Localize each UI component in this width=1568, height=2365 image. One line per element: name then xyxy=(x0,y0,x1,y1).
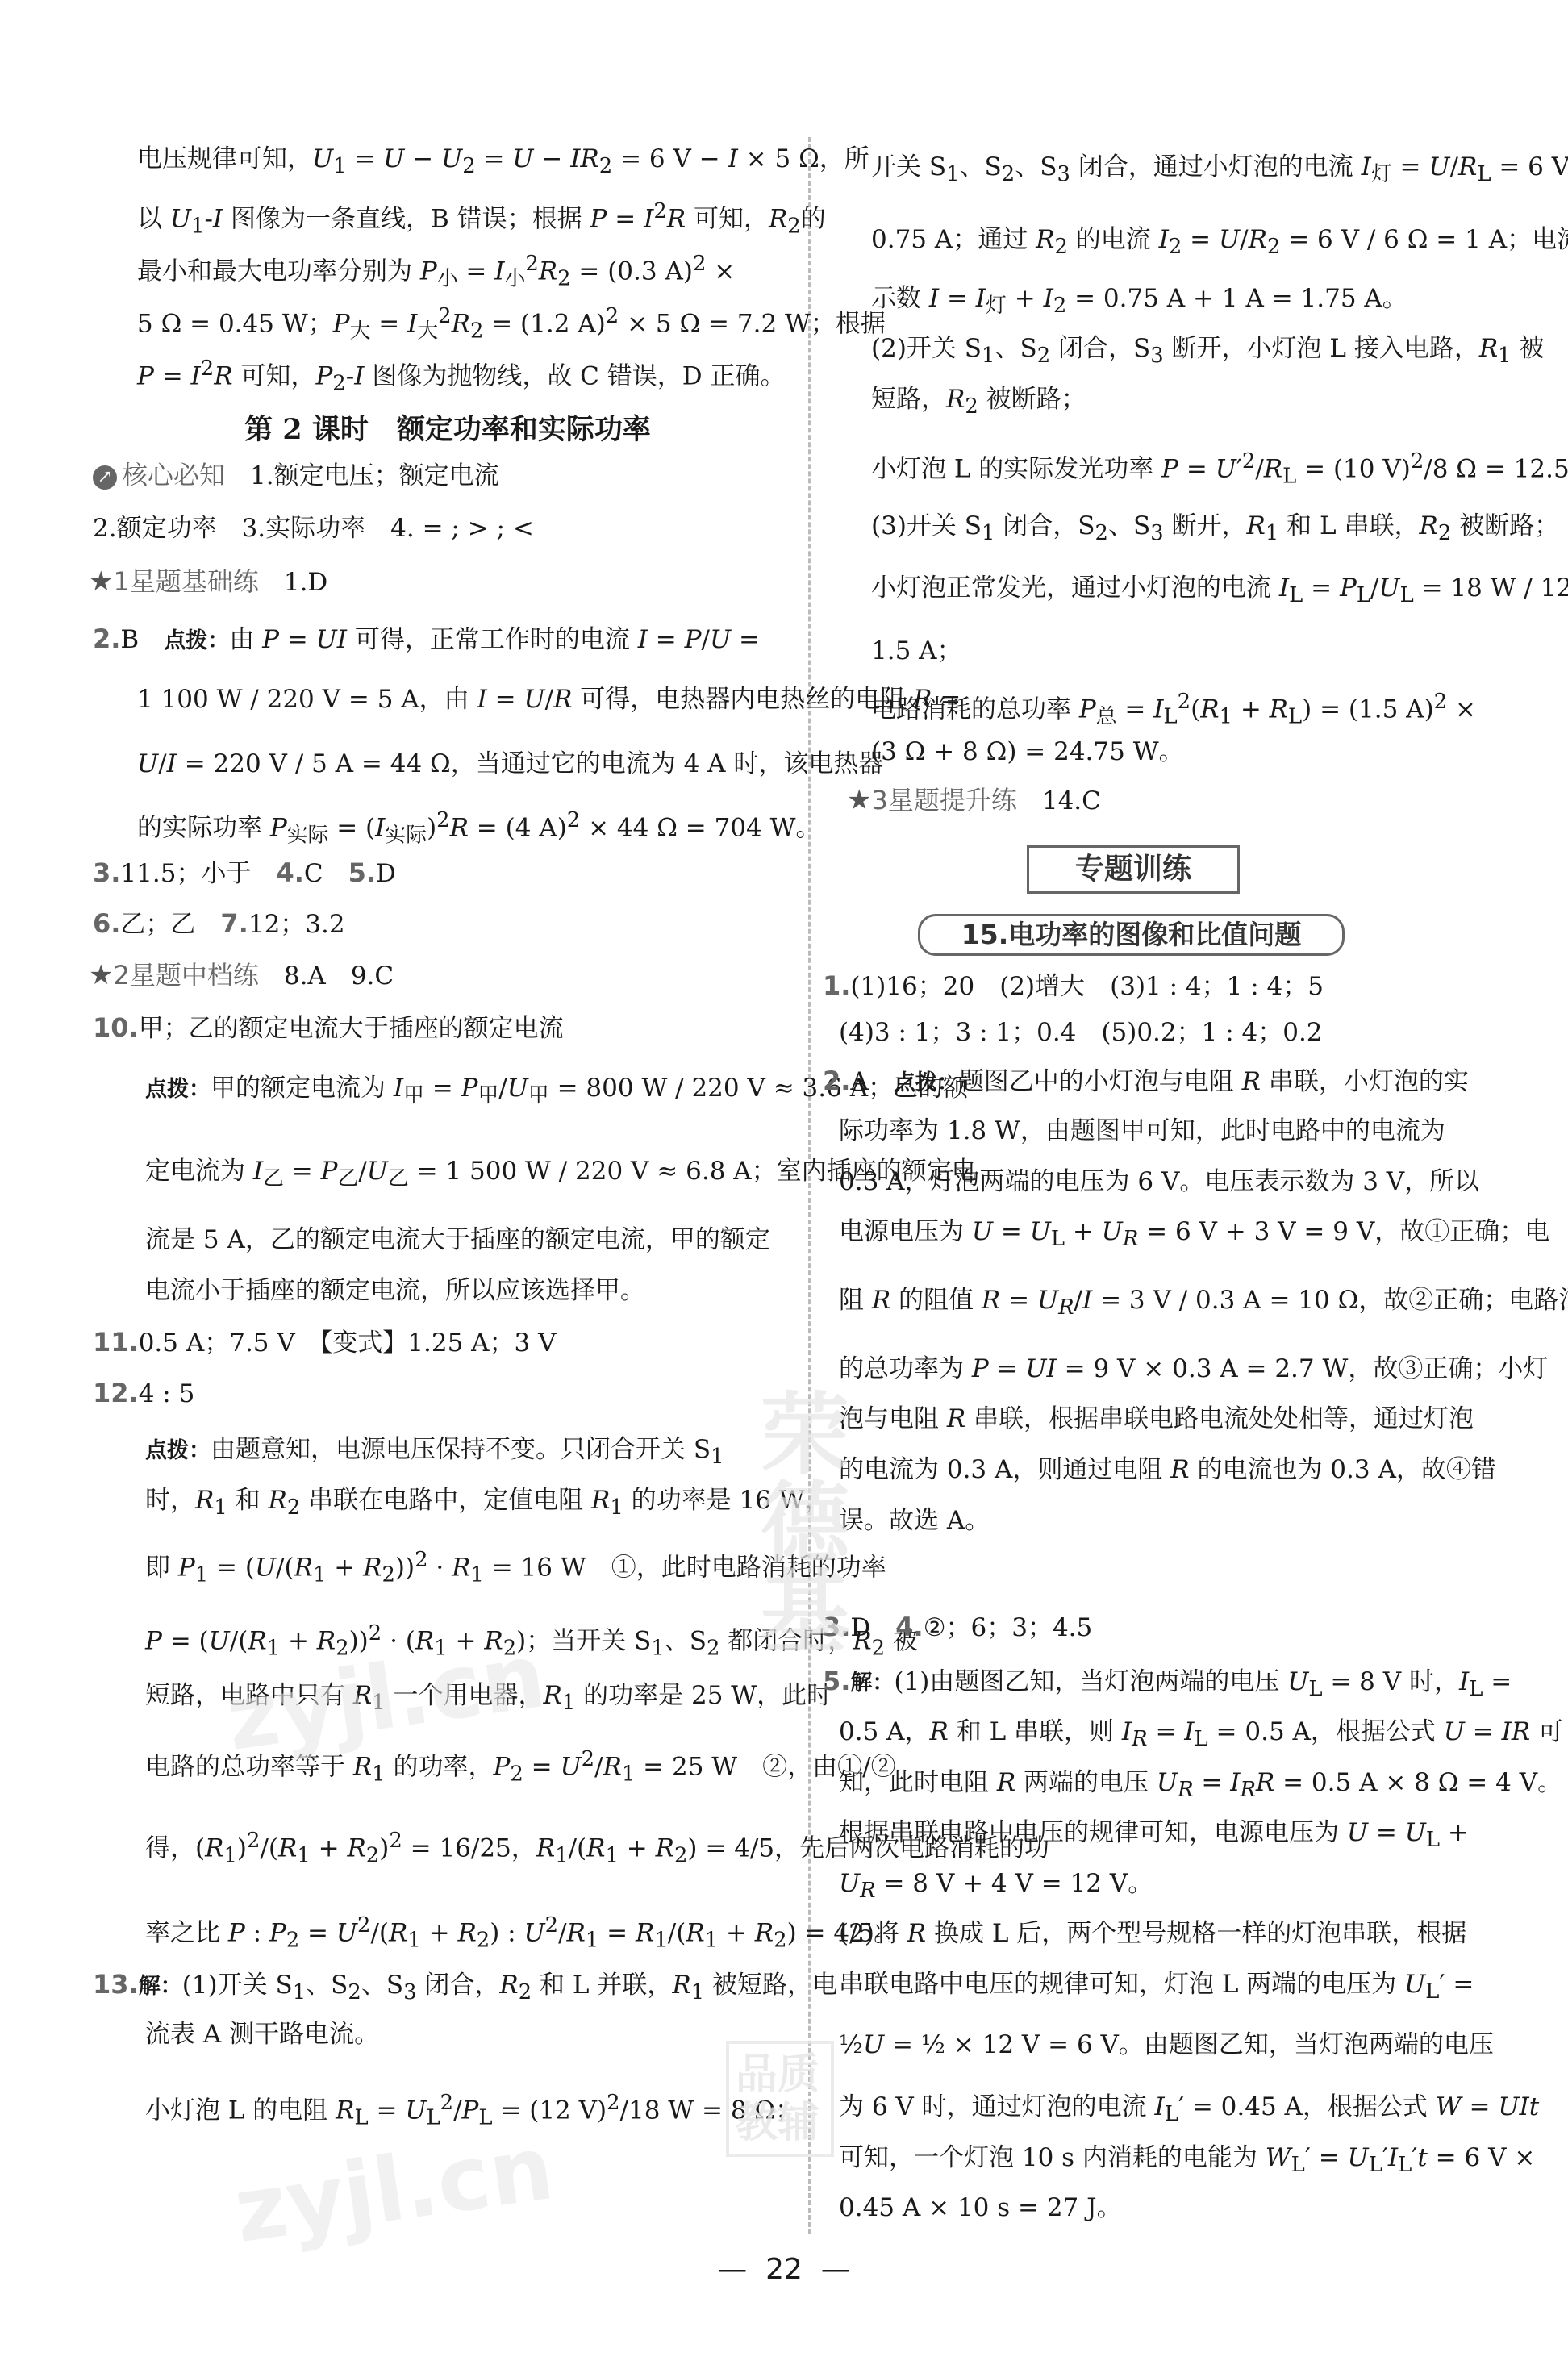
q13-line: 流表 A 测干路电流。 xyxy=(145,2021,379,2048)
section-star3: ★3星题提升练 14.C xyxy=(847,786,1101,815)
text-line: 示数 I = I灯 + I2 = 0.75 A + 1 A = 1.75 A。 xyxy=(871,285,1407,319)
topic-line: 0.3 A，灯泡两端的电压为 6 V。电压表示数为 3 V，所以 xyxy=(839,1168,1479,1195)
topic-line: (2)将 R 换成 L 后，两个型号规格一样的灯泡串联，根据 xyxy=(839,1920,1466,1947)
text-line: 0.75 A；通过 R2 的电流 I2 = U/R2 = 6 V / 6 Ω =… xyxy=(871,226,1568,261)
text-line: (2)开关 S1、S2 闭合，S3 断开，小灯泡 L 接入电路，R1 被 xyxy=(871,335,1544,369)
topic-line: 串联电路中电压的规律可知，灯泡 L 两端的电压为 UL′ = xyxy=(839,1971,1474,2005)
q2-line: 1 100 W / 220 V = 5 A，由 I = U/R 可得，电热器内电… xyxy=(137,686,961,713)
page-number: — 22 — xyxy=(0,2253,1568,2286)
topic-line: 2.A 点拨：题图乙中的小灯泡与电阻 R 串联，小灯泡的实 xyxy=(823,1067,1469,1097)
topic-line: 知，此时电阻 R 两端的电压 UR = IRR = 0.5 A × 8 Ω = … xyxy=(839,1769,1562,1804)
section-star1: ★1星题基础练 1.D xyxy=(89,568,327,596)
arrow-circle-icon: ↗ xyxy=(93,465,117,490)
topic-line: 阻 R 的阻值 R = UR/I = 3 V / 0.3 A = 10 Ω，故②… xyxy=(839,1287,1568,1321)
q10-answer: 10.甲；乙的额定电流大于插座的额定电流 xyxy=(93,1014,564,1042)
text-line: 开关 S1、S2、S3 闭合，通过小灯泡的电流 I灯 = U/RL = 6 V … xyxy=(871,153,1568,188)
topic-line: 3.D 4.②；6；3；4.5 xyxy=(823,1613,1092,1641)
q2-line: U/I = 220 V / 5 A = 44 Ω，当通过它的电流为 4 A 时，… xyxy=(137,750,883,778)
star-icon: ★ xyxy=(89,959,113,991)
topic-line: 5.解：(1)由题图乙知，当灯泡两端的电压 UL = 8 V 时，IL = xyxy=(823,1667,1512,1703)
topic-line: 0.5 A，R 和 L 串联，则 IR = IL = 0.5 A，根据公式 U … xyxy=(839,1718,1563,1753)
text-line: 小灯泡 L 的实际发光功率 P = U′2/RL = (10 V)2/8 Ω =… xyxy=(871,448,1568,490)
q11-answer: 11.0.5 A；7.5 V 【变式】1.25 A；3 V xyxy=(93,1328,557,1357)
topic-line: 1.(1)16；20 (2)增大 (3)1 : 4；1 : 4；5 xyxy=(823,972,1324,1000)
star-icon: ★ xyxy=(847,784,871,816)
text-line: 电压规律可知，U1 = U − U2 = U − IR2 = 6 V − I ×… xyxy=(137,145,869,180)
q13-line: 13.解：(1)开关 S1、S2、S3 闭合，R2 和 L 并联，R1 被短路，… xyxy=(93,1971,837,2006)
text-line: 短路，R2 被断路； xyxy=(871,386,1086,420)
topic-line: (4)3 : 1；3 : 1；0.4 (5)0.2；1 : 4；0.2 xyxy=(839,1019,1323,1046)
q2-line: 2.B 点拨：由 P = UI 可得，正常工作时的电流 I = P/U = xyxy=(93,625,760,655)
special-training-box: 专题训练 xyxy=(1027,845,1240,894)
section-label: 核心必知 xyxy=(122,460,225,490)
topic-line: 的电流为 0.3 A，则通过电阻 R 的电流也为 0.3 A，故④错 xyxy=(839,1456,1496,1483)
q12-answer: 12.4 : 5 xyxy=(93,1379,194,1408)
q12-line: 点拨：由题意知，电源电压保持不变。只闭合开关 S1 xyxy=(145,1436,724,1470)
text-line: P = I2R 可知，P2-I 图像为抛物线，故 C 错误，D 正确。 xyxy=(137,355,785,398)
topic-line: ½U = ½ × 12 V = 6 V。由题图乙知，当灯泡两端的电压 xyxy=(839,2031,1494,2058)
topic-line: 泡与电阻 R 串联，根据串联电路电流处处相等，通过灯泡 xyxy=(839,1405,1474,1433)
section-answers: 1.额定电压；额定电流 xyxy=(250,461,499,490)
q10-line: 电流小于插座的额定电流，所以应该选择甲。 xyxy=(145,1277,645,1304)
text-line: 小灯泡正常发光，通过小灯泡的电流 IL = PL/UL = 18 W / 12 … xyxy=(871,574,1568,609)
answers-3-5: 3.11.5；小于 4.C 5.D xyxy=(93,859,396,887)
text-line: (3)开关 S1 闭合，S2、S3 断开，R1 和 L 串联，R2 被断路； xyxy=(871,512,1559,547)
text-line: 以 U1-I 图像为一条直线，B 错误；根据 P = I2R 可知，R2的 xyxy=(137,198,826,240)
page-number-value: 22 xyxy=(765,2253,803,2286)
text-line: 电路消耗的总功率 P总 = IL2(R1 + RL) = (1.5 A)2 × xyxy=(871,688,1476,731)
q12-line: 率之比 P : P2 = U2/(R1 + R2) : U2/R1 = R1/(… xyxy=(145,1912,899,1954)
topic-line: 为 6 V 时，通过灯泡的电流 IL′ = 0.45 A，根据公式 W = UI… xyxy=(839,2093,1539,2128)
q2-line: 的实际功率 P实际 = (I实际)2R = (4 A)2 × 44 Ω = 70… xyxy=(137,807,821,849)
text-line: 1.5 A； xyxy=(871,637,962,665)
watermark-text: zyjl.cn xyxy=(228,2116,559,2263)
star-icon: ★ xyxy=(89,565,113,598)
core-answers: 2.额定功率 3.实际功率 4. = ; > ; < xyxy=(93,515,534,542)
answers-6-7: 6.乙；乙 7.12；3.2 xyxy=(93,910,345,938)
topic-line: 根据串联电路中电压的规律可知，电源电压为 U = UL + xyxy=(839,1819,1469,1854)
topic-line: 电源电压为 U = UL + UR = 6 V + 3 V = 9 V，故①正确… xyxy=(839,1218,1549,1253)
text-line: 5 Ω = 0.45 W；P大 = I大2R2 = (1.2 A)2 × 5 Ω… xyxy=(137,302,886,345)
q10-line: 流是 5 A，乙的额定电流大于插座的额定电流，甲的额定 xyxy=(145,1226,770,1253)
topic-title: 15.电功率的图像和比值问题 xyxy=(918,914,1345,956)
topic-line: 可知，一个灯泡 10 s 内消耗的电能为 WL′ = UL′IL′t = 6 V… xyxy=(839,2144,1535,2179)
section-core-knowledge: ↗核心必知 1.额定电压；额定电流 xyxy=(93,461,499,490)
topic-line: 的总功率为 P = UI = 9 V × 0.3 A = 2.7 W，故③正确；… xyxy=(839,1355,1548,1383)
text-line: 最小和最大电功率分别为 P小 = I小2R2 = (0.3 A)2 × xyxy=(137,250,735,293)
text-line: (3 Ω + 8 Ω) = 24.75 W。 xyxy=(871,738,1184,765)
section-star2: ★2星题中档练 8.A 9.C xyxy=(89,961,394,990)
topic-line: 0.45 A × 10 s = 27 J。 xyxy=(839,2194,1122,2221)
q12-line: 时，R1 和 R2 串联在电路中，定值电阻 R1 的功率是 16 W， xyxy=(145,1487,830,1521)
topic-line: 误。故选 A。 xyxy=(839,1507,990,1534)
topic-line: 际功率为 1.8 W，由题图甲可知，此时电路中的电流为 xyxy=(839,1117,1445,1145)
watermark-logo: 荣德基 xyxy=(734,1387,861,1654)
lesson-title: 第 2 课时 额定功率和实际功率 xyxy=(137,407,758,448)
watermark-stamp: 品质教辅 xyxy=(726,2041,834,2157)
topic-line: UR = 8 V + 4 V = 12 V。 xyxy=(839,1870,1153,1904)
